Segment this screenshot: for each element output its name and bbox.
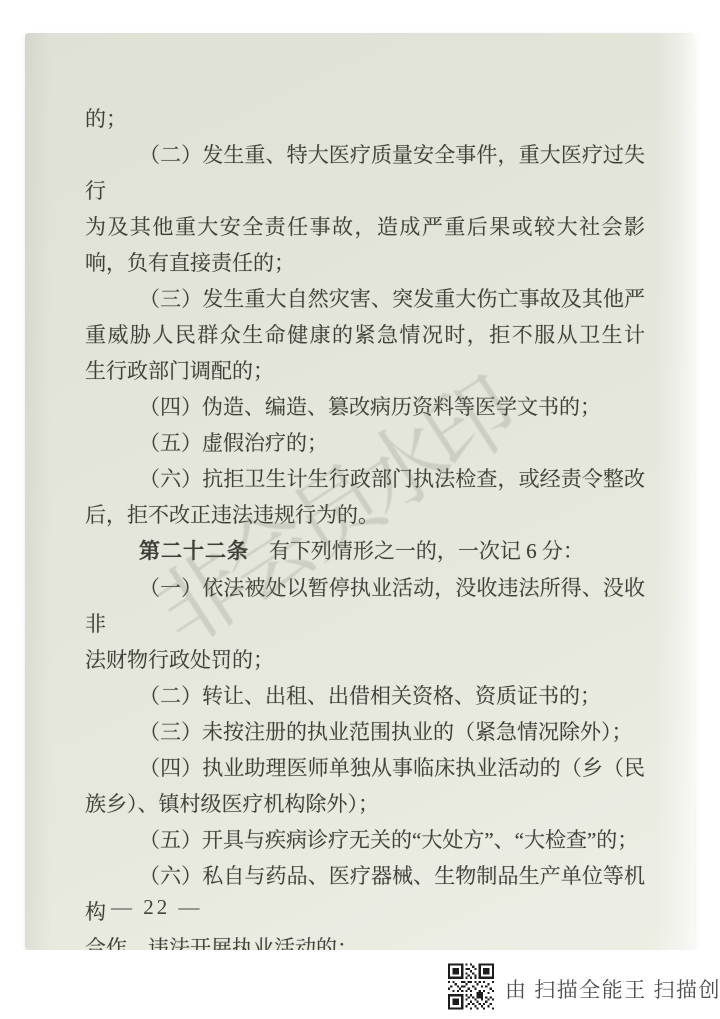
page-number: — 22 —	[111, 895, 203, 920]
text-line: （三）发生重大自然灾害、突发重大伤亡事故及其他严	[85, 281, 645, 317]
page-content: 的； （二）发生重、特大医疗质量安全事件，重大医疗过失行 为及其他重大安全责任事…	[85, 101, 645, 1002]
text-line: 法财物行政处罚的；	[85, 642, 645, 678]
text-line: （三）未按注册的执业范围执业的（紧急情况除外）；	[85, 714, 645, 750]
text-line: （一）依法被处以暂停执业活动，没收违法所得、没收非	[85, 570, 645, 642]
scanner-footer: 由 扫描全能王 扫描创建	[0, 950, 720, 1019]
text-line: 后，拒不改正违法违规行为的。	[85, 497, 645, 533]
text-line: 族乡）、镇村级医疗机构除外）；	[85, 786, 645, 822]
text-line: （六）抗拒卫生计生行政部门执法检查，或经责令整改	[85, 461, 645, 497]
article-number: 第二十二条	[139, 540, 249, 563]
qr-code-icon	[448, 963, 494, 1010]
text-line: 响，负有直接责任的；	[85, 245, 645, 281]
scanner-attribution-text: 由 扫描全能王 扫描创建	[505, 974, 720, 1004]
article-text: 有下列情形之一的，一次记 6 分：	[269, 539, 584, 563]
text-line: （五）虚假治疗的；	[85, 425, 645, 461]
text-line: 生行政部门调配的；	[85, 353, 645, 389]
text-line: （二）发生重、特大医疗质量安全事件，重大医疗过失行	[85, 137, 645, 209]
text-line: （五）开具与疾病诊疗无关的“大处方”、“大检查”的；	[85, 822, 645, 858]
text-line: 为及其他重大安全责任事故，造成严重后果或较大社会影	[85, 209, 645, 245]
text-line: 重威胁人民群众生命健康的紧急情况时，拒不服从卫生计	[85, 317, 645, 353]
text-line: （四）伪造、编造、篡改病历资料等医学文书的；	[85, 389, 645, 425]
text-line: （四）执业助理医师单独从事临床执业活动的（乡（民	[85, 750, 645, 786]
text-line: （二）转让、出租、出借相关资格、资质证书的；	[85, 678, 645, 714]
article-heading-line: 第二十二条有下列情形之一的，一次记 6 分：	[85, 533, 645, 570]
text-line: 的；	[85, 101, 645, 137]
scanned-page: 的； （二）发生重、特大医疗质量安全事件，重大医疗过失行 为及其他重大安全责任事…	[25, 33, 695, 950]
